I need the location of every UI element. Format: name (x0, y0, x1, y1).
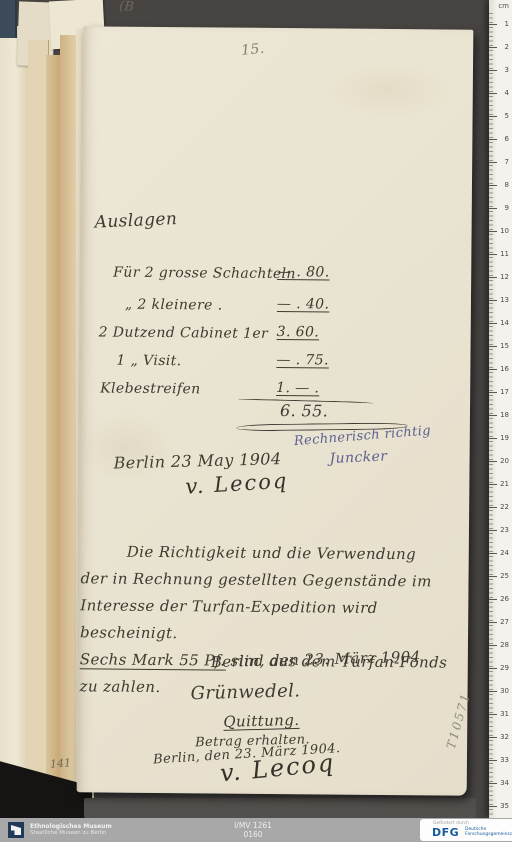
ruler-cm-mark: 8 (489, 181, 512, 190)
museum-logo-icon (8, 822, 24, 838)
ruler-cm-mark: 17 (489, 388, 512, 397)
shelfmark: I/MV 1261 (178, 821, 328, 830)
ruler-cm-number: 31 (500, 710, 509, 719)
dfg-logo: Gefördert durch DFG Deutsche Forschungsg… (420, 819, 512, 841)
ruler-cm-number: 10 (500, 227, 509, 236)
archival-scan-viewport: (B 15. Auslagen Für 2 grosse Schachteln … (0, 0, 512, 842)
dfg-name-line2: Forschungsgemeinschaft (465, 832, 512, 837)
expense-row-amount: 3. 60. (277, 324, 347, 341)
ruler-cm-number: 26 (500, 595, 509, 604)
ruler-cm-mark: 31 (489, 710, 512, 719)
ruler-unit-label: cm (498, 2, 509, 10)
expenses-total: 6. 55. (280, 401, 328, 420)
dateline: Berlin 23 May 1904 (113, 449, 281, 472)
ruler-cm-number: 1 (505, 20, 509, 29)
expense-row-amount: — . 75. (276, 352, 346, 369)
ruler-cm-mark: 29 (489, 664, 512, 673)
certification-line: Die Richtigkeit und die Verwendung (127, 543, 417, 564)
ruler-cm-number: 18 (500, 411, 509, 420)
certified-amount: Sechs Mark 55 Pf. (80, 650, 226, 670)
ruler-cm-number: 34 (500, 779, 509, 788)
ruler-cm-number: 14 (500, 319, 509, 328)
ruler-cm-number: 6 (505, 135, 509, 144)
expense-row-amount: — . 40. (277, 296, 347, 313)
ruler-cm-mark: 35 (489, 802, 512, 811)
ruler-cm-mark: 1 (489, 20, 512, 29)
ruler-cm-mark: 3 (489, 66, 512, 75)
ruler-cm-number: 27 (500, 618, 509, 627)
ruler-cm-mark: 14 (489, 319, 512, 328)
ruler-cm-mark: 18 (489, 411, 512, 420)
folio-pencil-number: 141 (50, 756, 72, 770)
ruler-cm-mark: 16 (489, 365, 512, 374)
ruler-cm-mark: 4 (489, 89, 512, 98)
ruler-cm-number: 5 (505, 112, 509, 121)
expense-row-label: „ 2 kleinere . (125, 297, 223, 314)
ruler-cm-number: 7 (505, 158, 509, 167)
museum-name-line1: Ethnologisches Museum (30, 823, 112, 830)
ruler-cm-number: 29 (500, 664, 509, 673)
ruler-cm-number: 16 (500, 365, 509, 374)
museum-name: Ethnologisches Museum Staatliche Museen … (30, 823, 112, 837)
expenses-heading: Auslagen (94, 209, 177, 233)
gruenwedel-signature: Grünwedel. (190, 680, 300, 704)
measurement-ruler: cm 1234567891011121314151617181920212223… (489, 0, 512, 818)
ruler-cm-mark: 26 (489, 595, 512, 604)
ruler-cm-number: 21 (500, 480, 509, 489)
ruler-cm-mark: 23 (489, 526, 512, 535)
image-number: 0160 (178, 830, 328, 839)
ruler-cm-mark: 30 (489, 687, 512, 696)
ruler-cm-number: 30 (500, 687, 509, 696)
ruler-cm-number: 32 (500, 733, 509, 742)
manuscript-page: 15. Auslagen Für 2 grosse Schachteln — .… (77, 26, 474, 795)
ruler-cm-mark: 27 (489, 618, 512, 627)
ruler-cm-mark: 12 (489, 273, 512, 282)
ruler-cm-number: 19 (500, 434, 509, 443)
ruler-cm-number: 3 (505, 66, 509, 75)
ruler-cm-mark: 10 (489, 227, 512, 236)
ruler-cm-number: 8 (505, 181, 509, 190)
museum-name-line2: Staatliche Museen zu Berlin (30, 830, 112, 837)
certification-line: der in Rechnung gestellten Gegenstände i… (80, 569, 431, 590)
ruler-cm-number: 20 (500, 457, 509, 466)
ruler-cm-mark: 7 (489, 158, 512, 167)
expense-row-amount: 1. — . (276, 380, 346, 397)
ruler-cm-mark: 6 (489, 135, 512, 144)
ruler-cm-mark: 32 (489, 733, 512, 742)
ruler-cm-mark: 34 (489, 779, 512, 788)
ruler-cm-number: 22 (500, 503, 509, 512)
ruler-cm-number: 9 (505, 204, 509, 213)
ruler-cm-number: 13 (500, 296, 509, 305)
audit-signature: Juncker (329, 448, 387, 467)
ruler-cm-number: 23 (500, 526, 509, 535)
certification-line: Interesse der Turfan-Expedition wird bes… (80, 596, 378, 642)
expense-row-label: 2 Dutzend Cabinet 1er (99, 324, 269, 341)
ruler-cm-number: 12 (500, 273, 509, 282)
expense-row-label: Klebestreifen (100, 380, 201, 397)
ruler-cm-mark: 33 (489, 756, 512, 765)
folio-number: 15. (240, 41, 265, 59)
expense-row-amount: — . 80. (277, 264, 347, 281)
digitization-footer: Ethnologisches Museum Staatliche Museen … (0, 818, 512, 842)
museum-logo-glyph-icon (11, 825, 21, 835)
dfg-full-name: Deutsche Forschungsgemeinschaft (465, 827, 512, 837)
ruler-cm-number: 33 (500, 756, 509, 765)
ruler-cm-mark: 24 (489, 549, 512, 558)
ruler-cm-number: 2 (505, 43, 509, 52)
ruler-cm-number: 11 (500, 250, 509, 259)
ruler-cm-number: 17 (500, 388, 509, 397)
ruler-cm-mark: 2 (489, 43, 512, 52)
ruler-cm-mark: 22 (489, 503, 512, 512)
ruler-cm-number: 35 (500, 802, 509, 811)
ruler-cm-mark: 25 (489, 572, 512, 581)
book-cover-corner (0, 0, 17, 38)
receipt-title: Quittung. (223, 711, 300, 731)
ruler-cm-number: 28 (500, 641, 509, 650)
certification-paragraph: Die Richtigkeit und die Verwendung der i… (79, 538, 472, 703)
expense-row-label: Für 2 grosse Schachteln (113, 265, 296, 283)
ruler-cm-mark: 11 (489, 250, 512, 259)
ruler-cm-number: 4 (505, 89, 509, 98)
ruler-cm-mark: 5 (489, 112, 512, 121)
handwriting-fragment: (B (119, 0, 135, 15)
ruler-cm-mark: 21 (489, 480, 512, 489)
ruler-cm-number: 15 (500, 342, 509, 351)
ruler-cm-mark: 15 (489, 342, 512, 351)
expense-row-label: 1 „ Visit. (116, 353, 181, 370)
page-edge-strip (0, 26, 30, 812)
ruler-cm-mark: 28 (489, 641, 512, 650)
table-mat-shadow (84, 798, 476, 818)
ruler-cm-mark: 20 (489, 457, 512, 466)
certification-line: zu zahlen. (80, 677, 161, 696)
ruler-cm-number: 24 (500, 549, 509, 558)
ruler-cm-mark: 19 (489, 434, 512, 443)
ruler-cm-mark: 9 (489, 204, 512, 213)
lecoq-signature: v. Lecoq (185, 469, 289, 499)
ruler-cm-mark: 13 (489, 296, 512, 305)
ruler-cm-number: 25 (500, 572, 509, 581)
dfg-acronym: DFG (432, 826, 459, 839)
shelfmark-block: I/MV 1261 0160 (178, 821, 328, 839)
